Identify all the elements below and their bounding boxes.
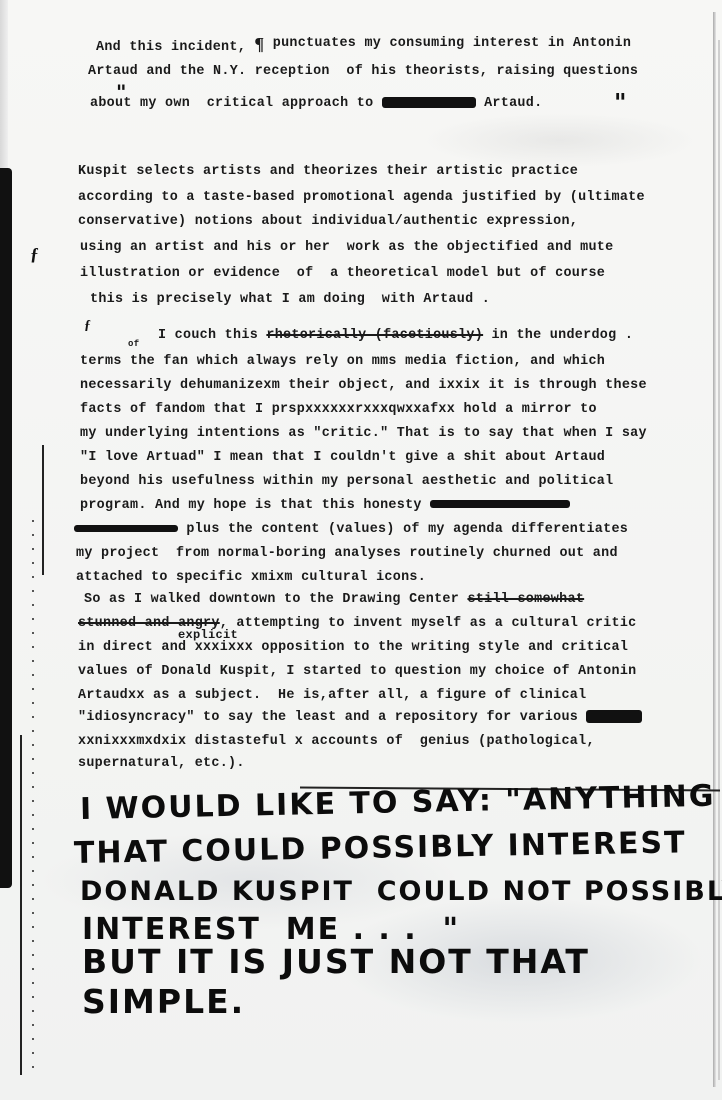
typed-line: So as I walked downtown to the Drawing C… bbox=[84, 592, 584, 607]
typed-line: necessarily dehumanizexm their object, a… bbox=[80, 378, 647, 393]
typed-line: And this incident, ¶ punctuates my consu… bbox=[96, 34, 631, 55]
struck-text: still somewhat bbox=[467, 592, 584, 607]
handwritten-line: SIMPLE. bbox=[82, 982, 245, 1021]
typed-line: supernatural, etc.). bbox=[78, 756, 245, 771]
typed-line: conservative) notions about individual/a… bbox=[78, 214, 578, 229]
scanned-page: ƒ ƒ And this incident, ¶ punctuates my c… bbox=[0, 0, 722, 1100]
redaction bbox=[382, 97, 476, 108]
typed-line: my underlying intentions as "critic." Th… bbox=[80, 426, 647, 441]
binding-strip bbox=[0, 168, 12, 888]
margin-line bbox=[20, 735, 22, 1075]
typed-over-text: xxxixxx bbox=[195, 640, 253, 655]
typed-line: about my own critical approach to Artaud… bbox=[90, 96, 542, 111]
typed-line: using an artist and his or her work as t… bbox=[80, 240, 613, 255]
handwritten-open-quote: " bbox=[116, 80, 126, 104]
handwritten-line: BUT IT IS JUST NOT THAT bbox=[82, 942, 590, 981]
margin-dots bbox=[32, 520, 34, 1080]
margin-line bbox=[42, 445, 44, 575]
typed-line: this is precisely what I am doing with A… bbox=[90, 292, 490, 307]
handwritten-line: I WOULD LIKE TO SAY: "ANYTHING bbox=[80, 779, 716, 827]
typed-line: xxnixxxmxdxix distasteful x accounts of … bbox=[78, 734, 595, 749]
typed-line: my project from normal-boring analyses r… bbox=[76, 546, 618, 561]
handwritten-close-quote: " bbox=[614, 88, 627, 117]
handwritten-line: THAT COULD POSSIBLY INTEREST bbox=[74, 825, 687, 871]
typed-line: plus the content (values) of my agenda d… bbox=[74, 522, 628, 537]
struck-text: rhetorically (facetiously) bbox=[266, 328, 483, 343]
typed-line: beyond his usefulness within my personal… bbox=[80, 474, 613, 489]
typed-line: "I love Artuad" I mean that I couldn't g… bbox=[80, 450, 605, 465]
typed-line: Kuspit selects artists and theorizes the… bbox=[78, 164, 578, 179]
insert-caret-text: of bbox=[128, 339, 139, 349]
redaction bbox=[74, 525, 178, 532]
handwritten-line: DONALD KUSPIT COULD NOT POSSIBLY bbox=[80, 876, 722, 907]
typed-line: program. And my hope is that this honest… bbox=[80, 498, 570, 513]
typed-line: terms the fan which always rely on mms m… bbox=[80, 354, 605, 369]
typed-line: Artaud and the N.Y. reception of his the… bbox=[88, 64, 638, 79]
typed-line: according to a taste-based promotional a… bbox=[78, 190, 645, 205]
typed-line: stunned and angry, attempting to invent … bbox=[78, 616, 637, 631]
redaction bbox=[586, 710, 642, 723]
page-right-edge-shadow bbox=[718, 40, 720, 1080]
margin-mark: ƒ bbox=[84, 318, 91, 334]
typed-line: illustration or evidence of a theoretica… bbox=[80, 266, 605, 281]
typed-line: "idiosyncracy" to say the least and a re… bbox=[78, 710, 642, 725]
margin-mark: ƒ bbox=[30, 244, 39, 265]
typed-line: Artaudxx as a subject. He is,after all, … bbox=[78, 688, 586, 703]
typed-line: facts of fandom that I prspxxxxxxrxxxqwx… bbox=[80, 402, 597, 417]
redaction bbox=[430, 500, 570, 508]
page-right-edge bbox=[713, 12, 716, 1087]
typed-line: attached to specific xmixm cultural icon… bbox=[76, 570, 426, 585]
typed-line: values of Donald Kuspit, I started to qu… bbox=[78, 664, 637, 679]
page-edge-shadow bbox=[0, 0, 8, 168]
typed-line: in direct and xxxixxx opposition to the … bbox=[78, 640, 628, 655]
paragraph-mark: ¶ bbox=[254, 34, 264, 54]
typed-line: I couch this rhetorically (facetiously) … bbox=[158, 328, 633, 343]
